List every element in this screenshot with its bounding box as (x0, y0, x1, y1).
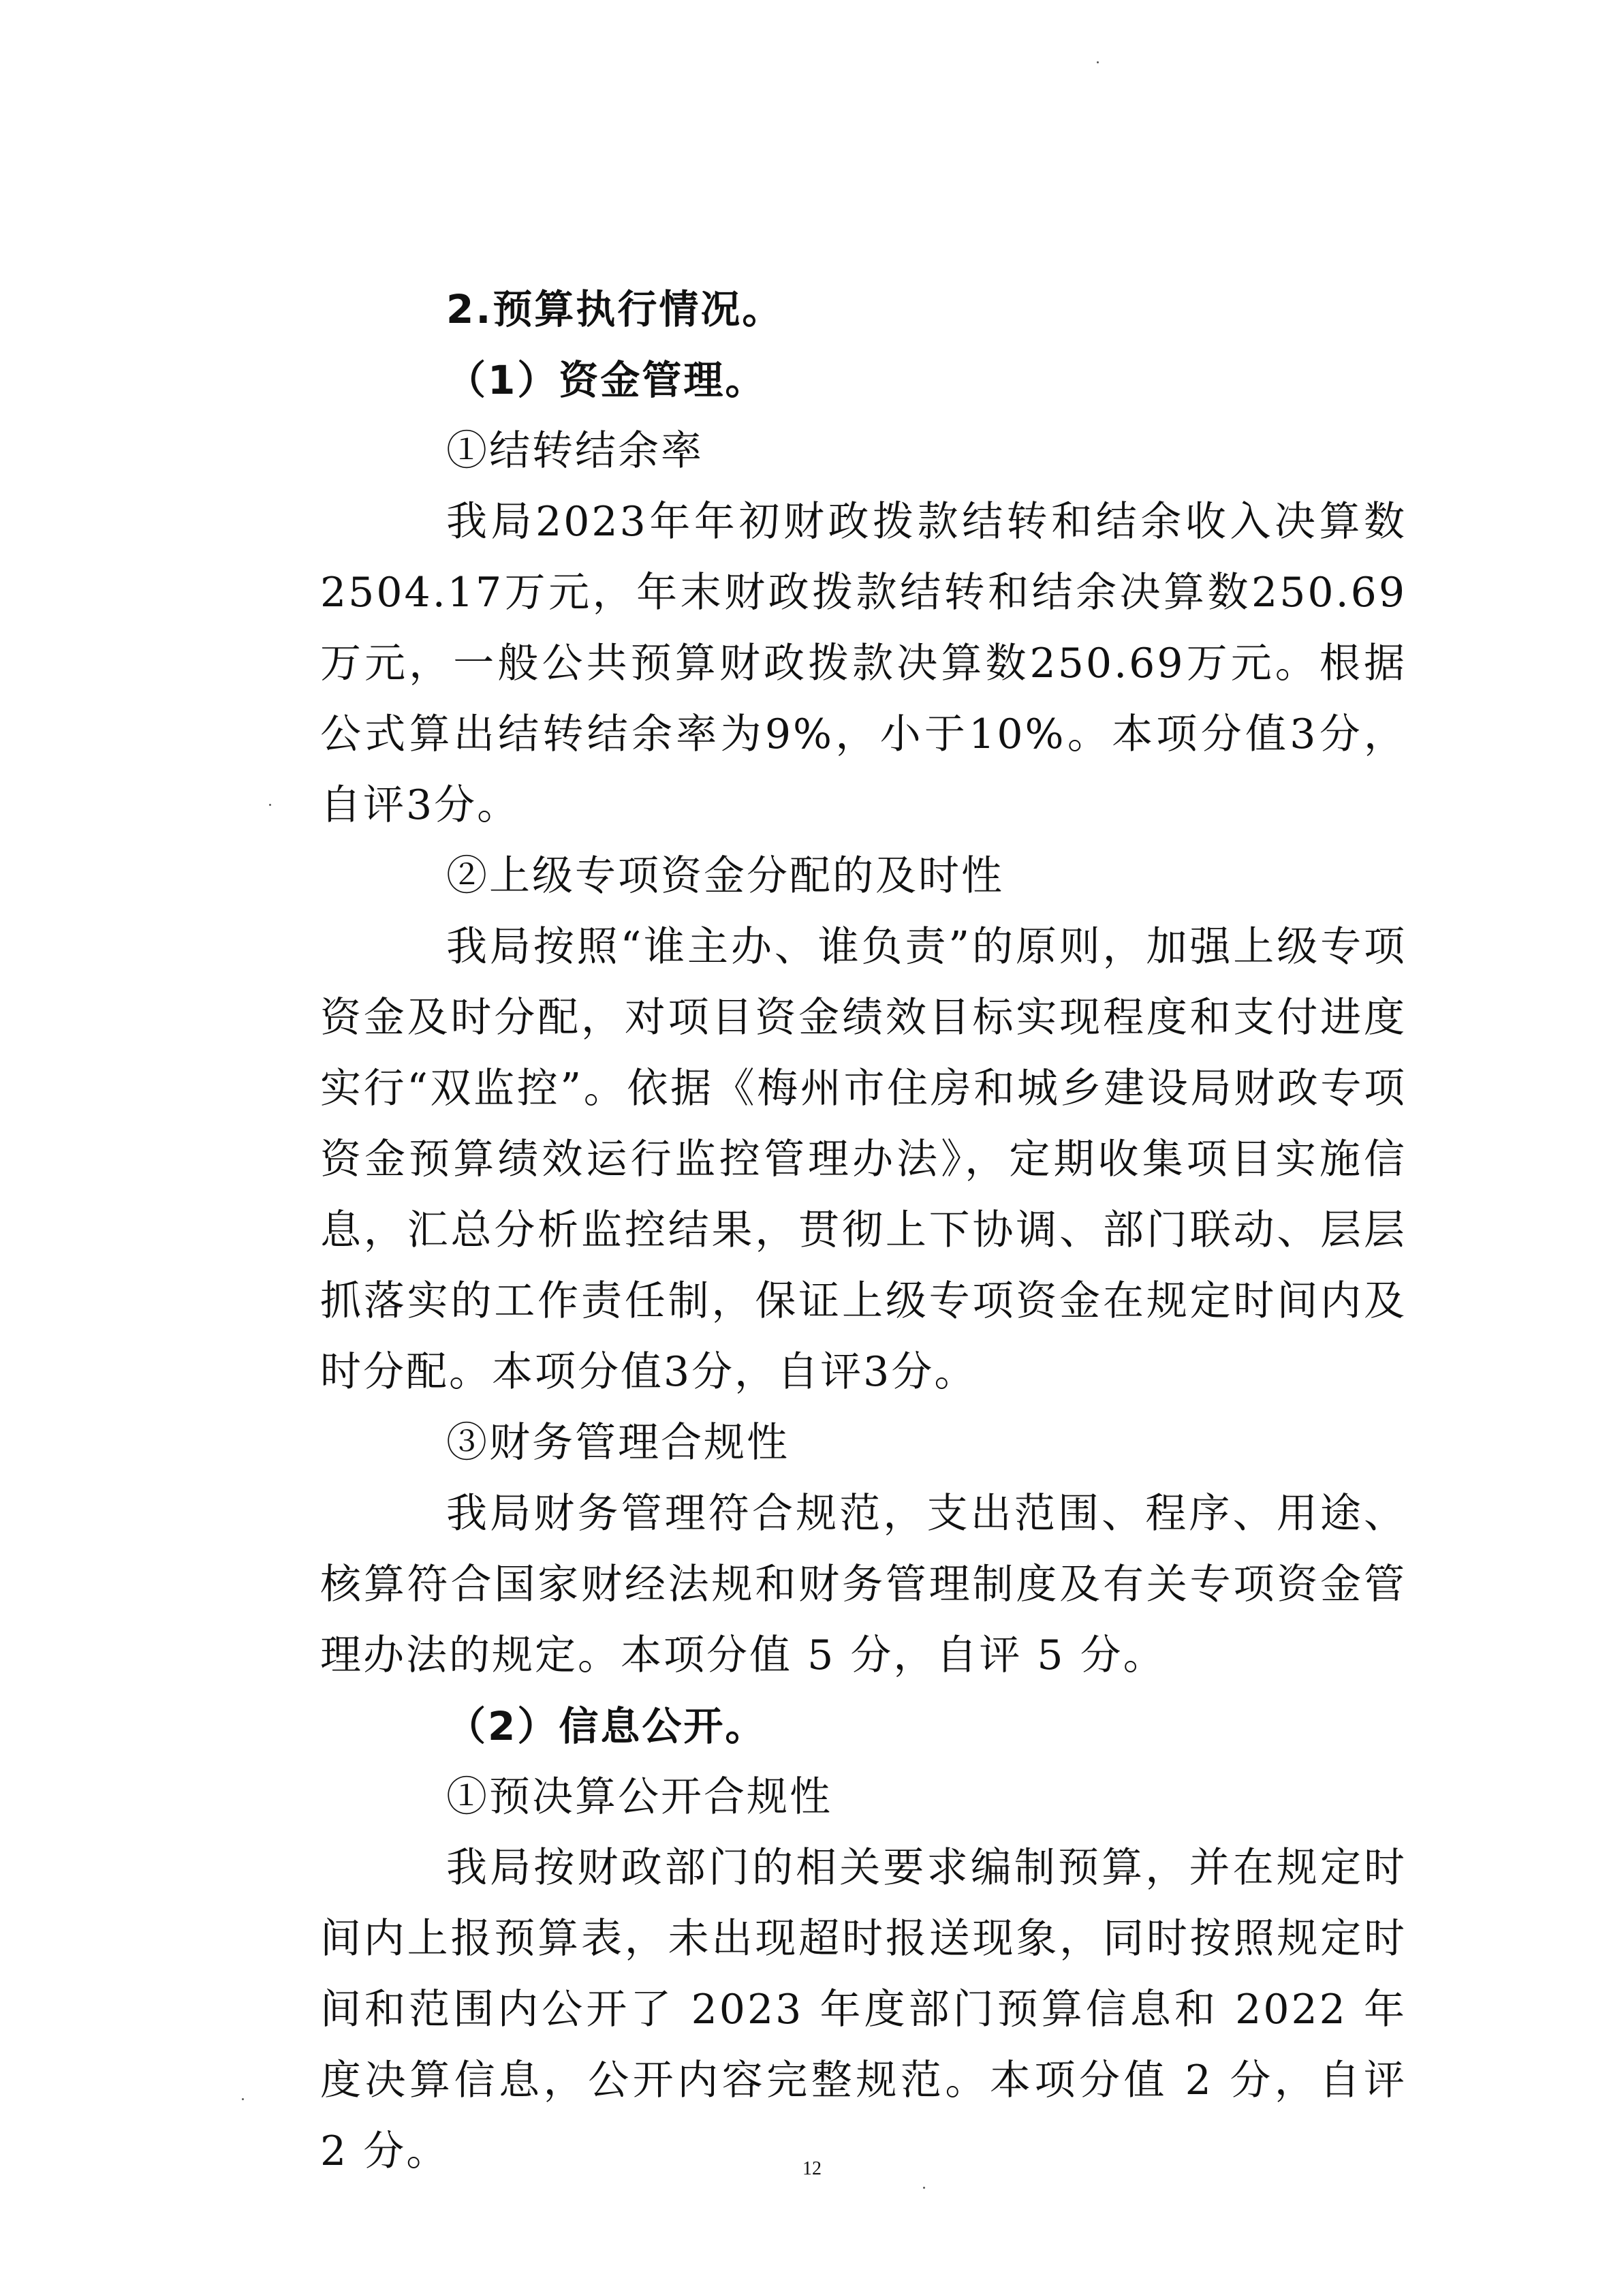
section-heading: 2.预算执行情况。 (320, 274, 1407, 345)
scan-speck (438, 1298, 440, 1300)
scan-speck (1097, 61, 1099, 63)
subsection-heading-funds-management: （1）资金管理。 (320, 345, 1407, 416)
item-title-financial-compliance: ③财务管理合规性 (320, 1407, 1407, 1478)
paragraph-budget-disclosure-compliance: 我局按财政部门的相关要求编制预算，并在规定时间内上报预算表，未出现超时报送现象，… (320, 1832, 1407, 2187)
item-title-fund-allocation-timeliness: ②上级专项资金分配的及时性 (320, 841, 1407, 911)
page-number: 12 (0, 2158, 1624, 2180)
item-title-carryover-rate: ①结转结余率 (320, 416, 1407, 486)
paragraph-fund-allocation-timeliness: 我局按照“谁主办、谁负责”的原则，加强上级专项资金及时分配，对项目资金绩效目标实… (320, 911, 1407, 1407)
paragraph-financial-compliance: 我局财务管理符合规范，支出范围、程序、用途、核算符合国家财经法规和财务管理制度及… (320, 1478, 1407, 1691)
document-page: 2.预算执行情况。 （1）资金管理。 ①结转结余率 我局2023年年初财政拨款结… (0, 0, 1624, 2293)
scan-speck (242, 2098, 244, 2100)
scan-speck (269, 804, 271, 806)
item-title-budget-disclosure-compliance: ①预决算公开合规性 (320, 1762, 1407, 1832)
subsection-heading-information-disclosure: （2）信息公开。 (320, 1691, 1407, 1762)
paragraph-carryover-rate: 我局2023年年初财政拨款结转和结余收入决算数2504.17万元，年末财政拨款结… (320, 486, 1407, 841)
scan-speck (923, 2187, 925, 2189)
document-body: 2.预算执行情况。 （1）资金管理。 ①结转结余率 我局2023年年初财政拨款结… (320, 274, 1407, 2187)
